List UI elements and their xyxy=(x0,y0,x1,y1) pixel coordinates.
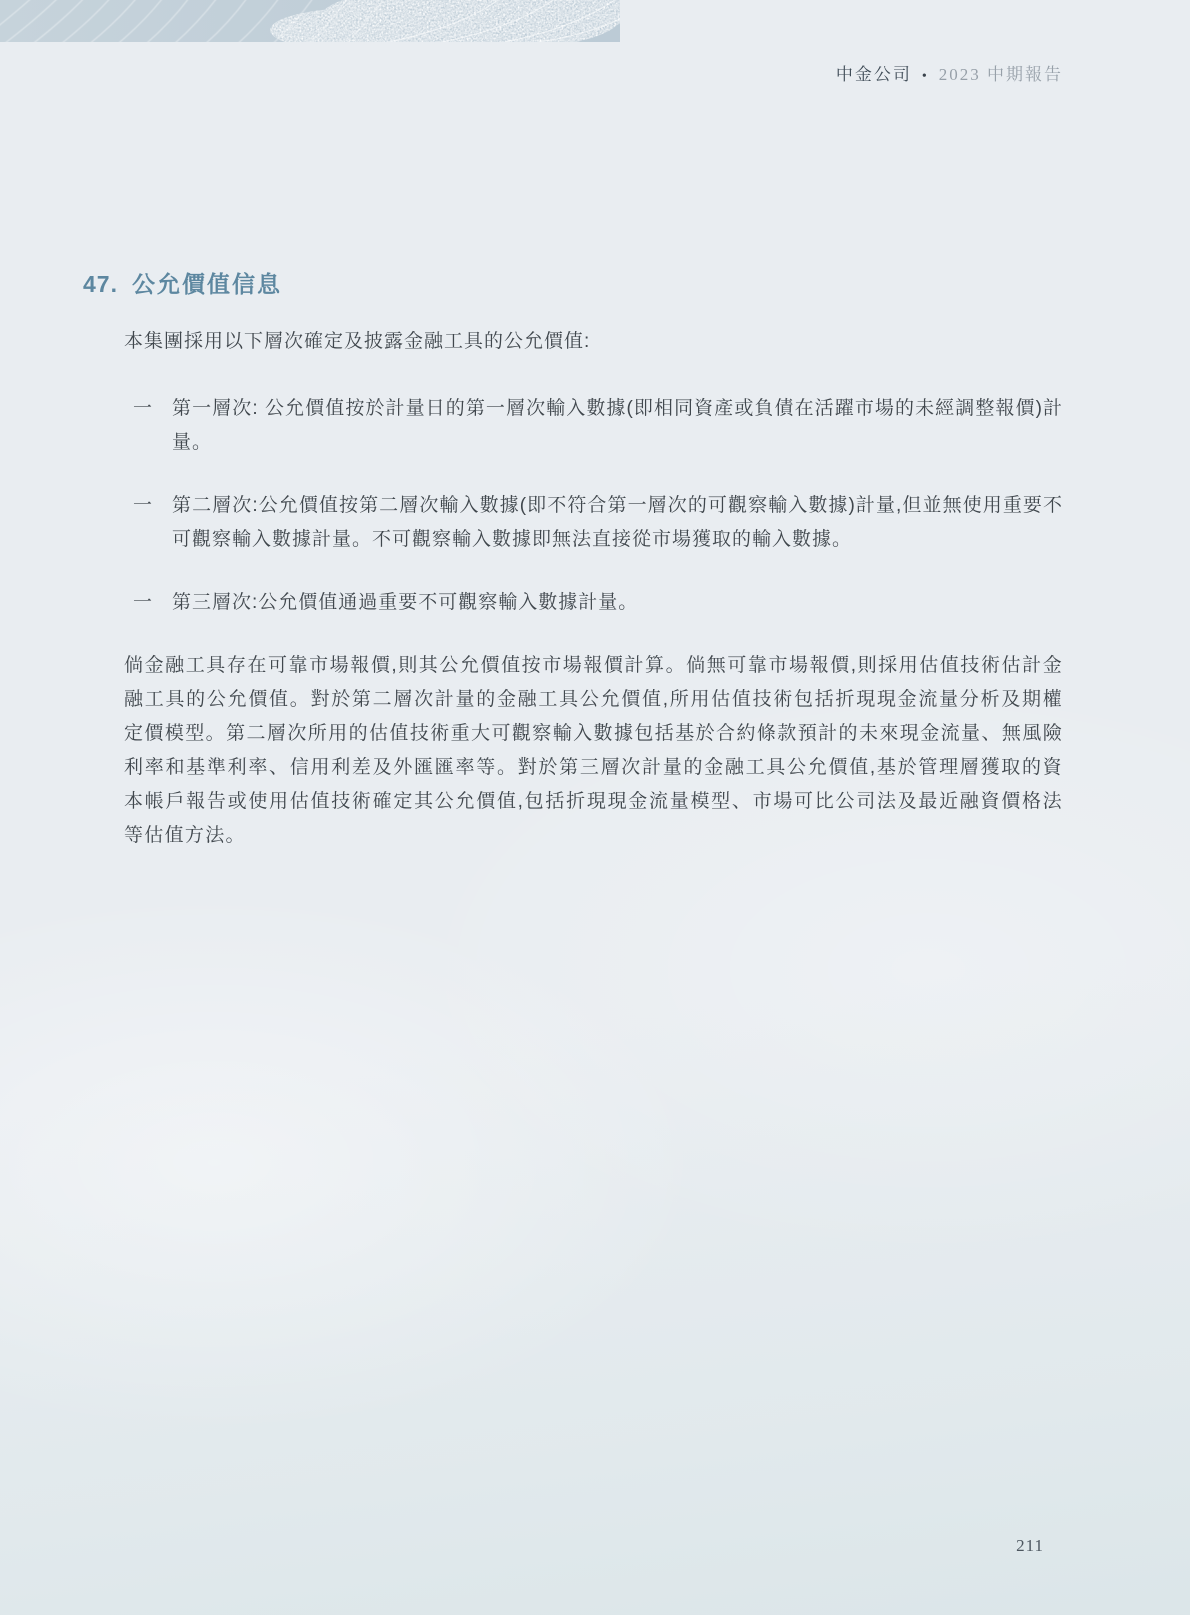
intro-paragraph: 本集團採用以下層次確定及披露金融工具的公允價值: xyxy=(124,325,1063,359)
list-item-level-2: 一 第二層次:公允價值按第二層次輸入數據(即不符合第一層次的可觀察輸入數據)計量… xyxy=(124,489,1063,557)
running-head: 中金公司•2023 中期報告 xyxy=(836,60,1063,85)
banner-pattern-decoration xyxy=(0,0,620,42)
list-item-text: 第三層次:公允價值通過重要不可觀察輸入數據計量。 xyxy=(172,586,1063,620)
running-head-report-title: 2023 中期報告 xyxy=(939,65,1063,84)
bullet-dash-marker: 一 xyxy=(124,586,172,620)
list-item-level-3: 一 第三層次:公允價值通過重要不可觀察輸入數據計量。 xyxy=(124,586,1063,620)
valuation-techniques-paragraph: 倘金融工具存在可靠市場報價,則其公允價值按市場報價計算。倘無可靠市場報價,則採用… xyxy=(124,649,1063,853)
report-page: { "header": { "company": "中金公司", "separa… xyxy=(0,0,1190,1615)
main-content: 47.公允價值信息 本集團採用以下層次確定及披露金融工具的公允價值: 一 第一層… xyxy=(83,266,1063,853)
section-number: 47. xyxy=(83,271,118,297)
section-title-text: 公允價值信息 xyxy=(132,271,282,297)
section-title: 47.公允價值信息 xyxy=(83,266,1063,299)
page-number: 211 xyxy=(1016,1536,1044,1556)
bullet-dash-marker: 一 xyxy=(124,392,172,460)
list-item-text: 第一層次: 公允價值按於計量日的第一層次輸入數據(即相同資產或負債在活躍市場的未… xyxy=(172,392,1063,460)
list-item-level-1: 一 第一層次: 公允價值按於計量日的第一層次輸入數據(即相同資產或負債在活躍市場… xyxy=(124,392,1063,460)
running-head-separator-dot: • xyxy=(922,69,929,84)
top-banner xyxy=(0,0,620,42)
running-head-company: 中金公司 xyxy=(836,65,912,84)
bullet-dash-marker: 一 xyxy=(124,489,172,557)
list-item-text: 第二層次:公允價值按第二層次輸入數據(即不符合第一層次的可觀察輸入數據)計量,但… xyxy=(172,489,1063,557)
body-block: 本集團採用以下層次確定及披露金融工具的公允價值: 一 第一層次: 公允價值按於計… xyxy=(124,325,1063,853)
